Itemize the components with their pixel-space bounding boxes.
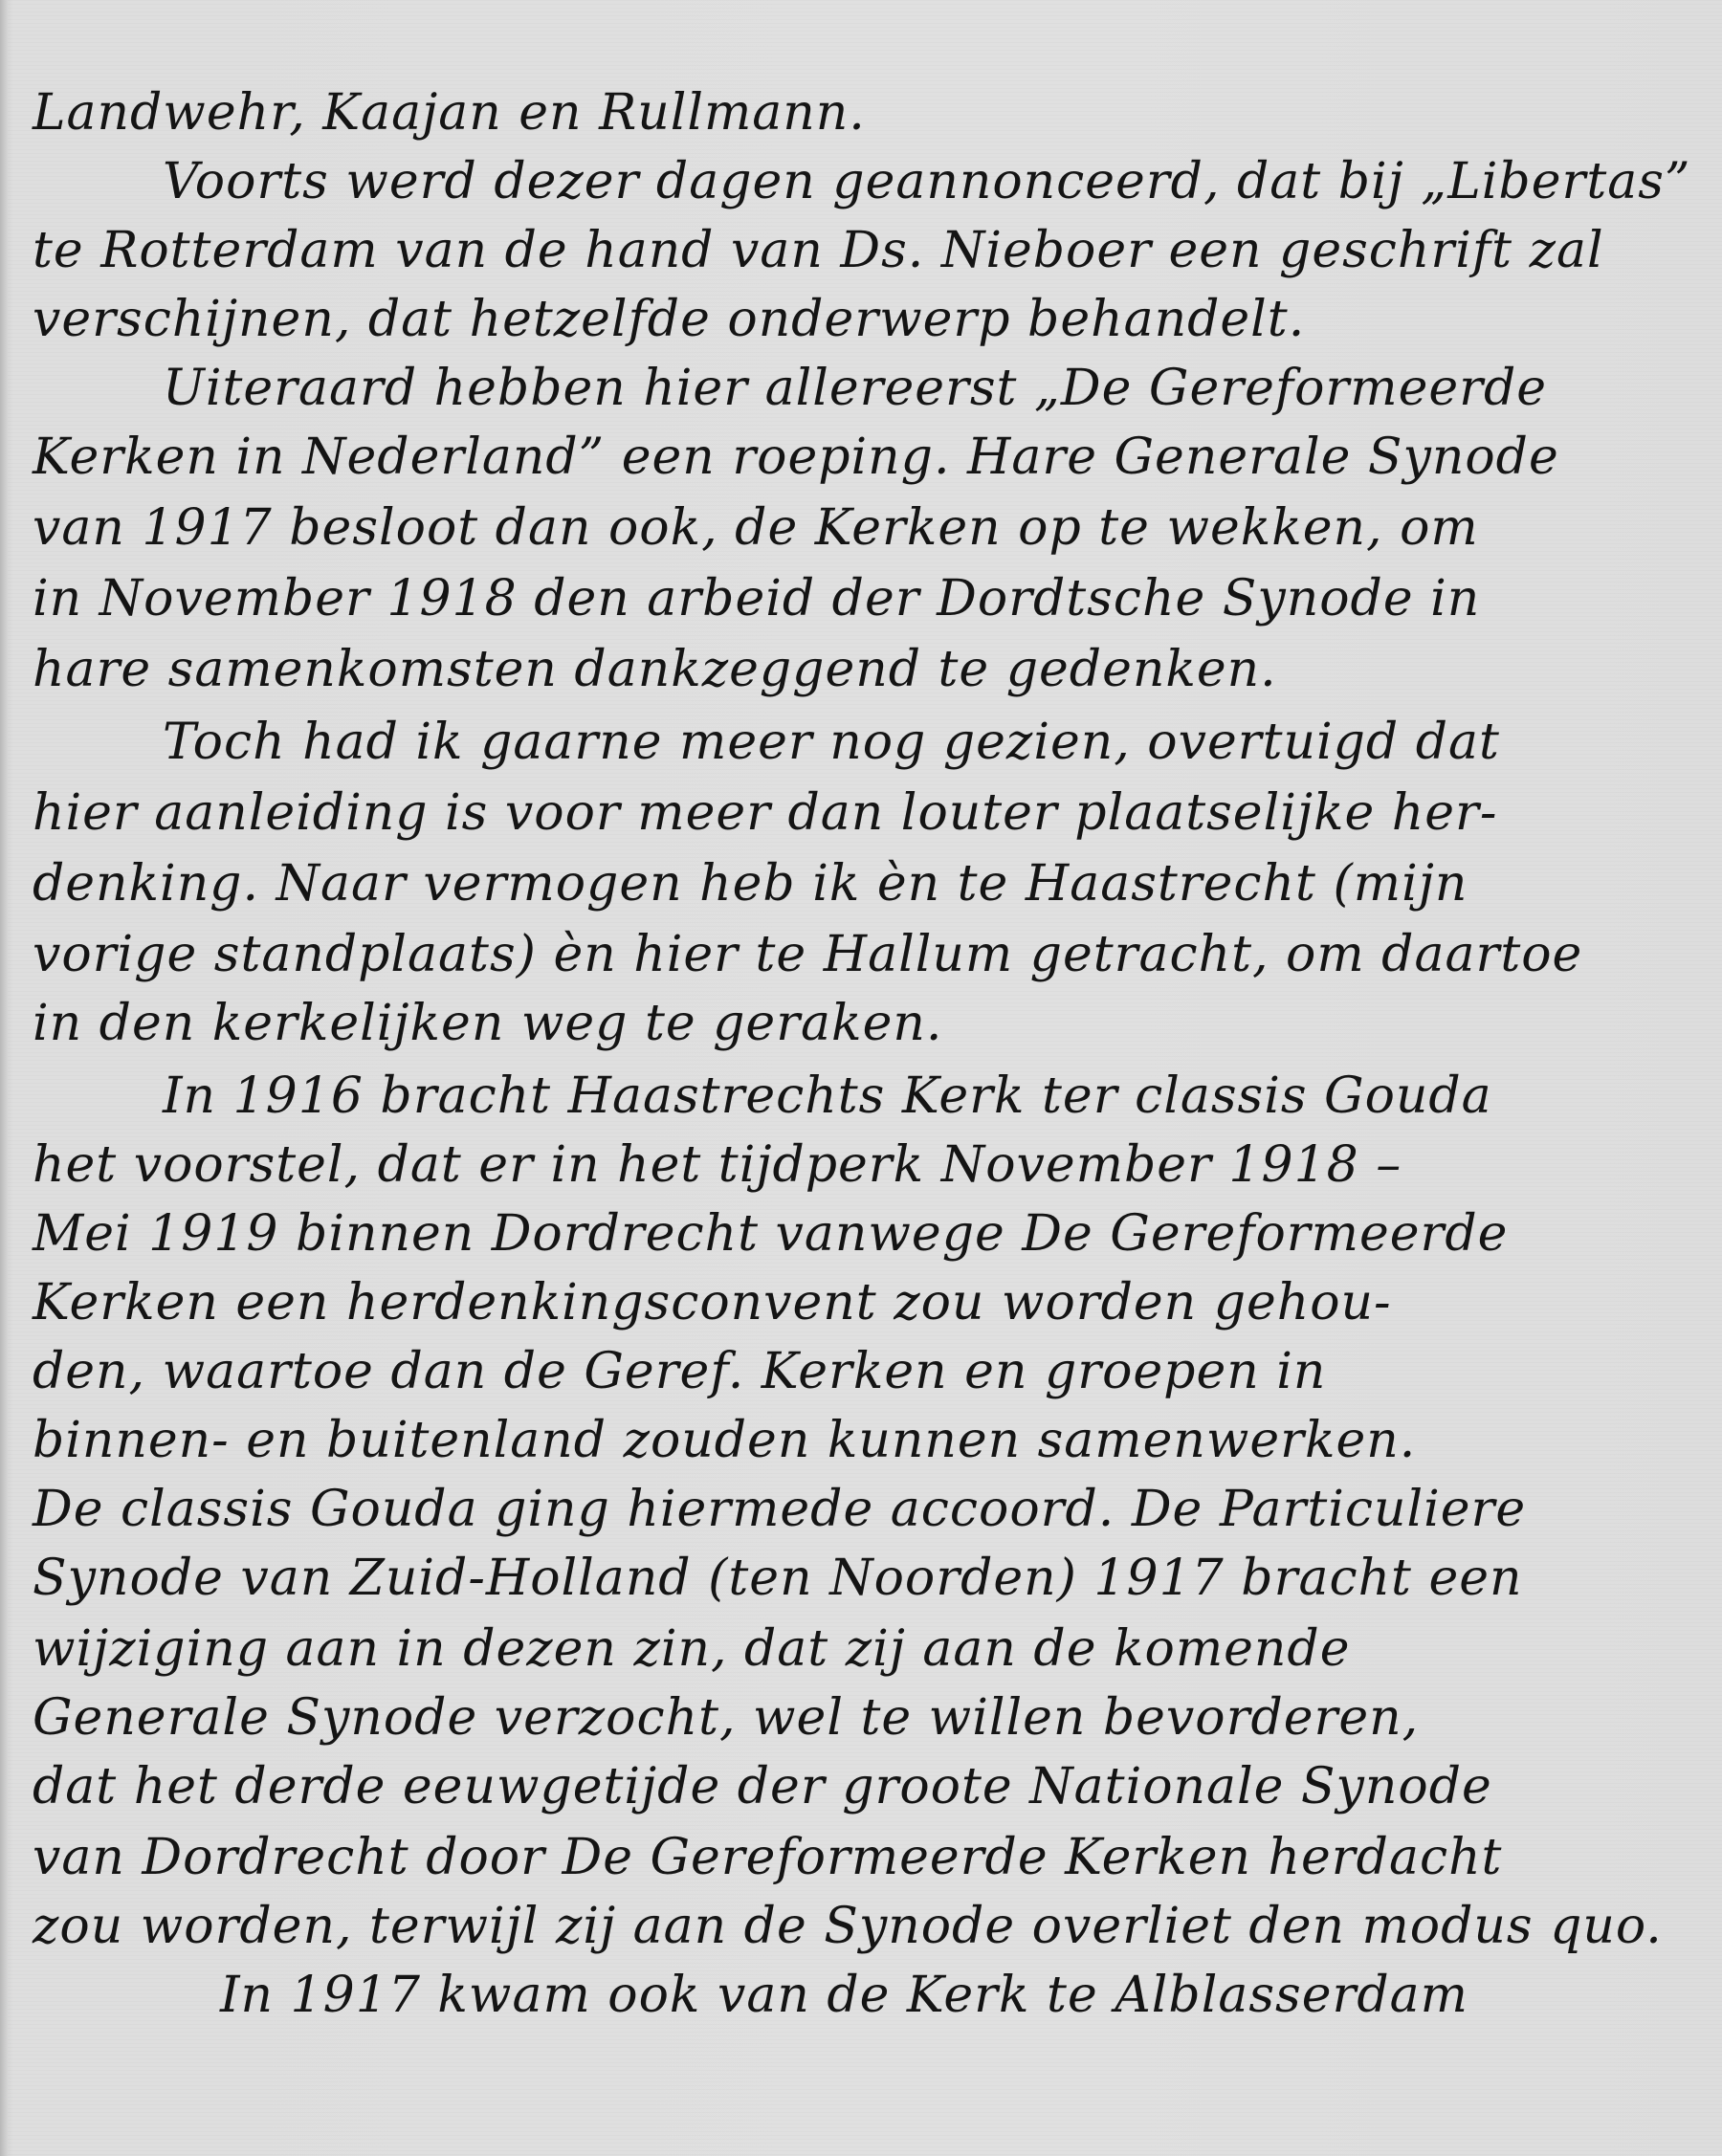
text-line: den, waartoe dan de Geref. Kerken en gro… <box>33 1337 1326 1406</box>
text-line: hare samenkomsten dankzeggend te gedenke… <box>33 635 1277 704</box>
text-line: wijziging aan in dezen zin, dat zij aan … <box>33 1615 1350 1683</box>
text-line: denking. Naar vermogen heb ik èn te Haas… <box>33 849 1468 918</box>
page-left-edge <box>0 0 8 2156</box>
text-line: Generale Synode verzocht, wel te willen … <box>33 1683 1419 1752</box>
text-line: verschijnen, dat hetzelfde onderwerp beh… <box>33 285 1305 354</box>
text-line: dat het derde eeuwgetijde der groote Nat… <box>33 1752 1492 1821</box>
text-line: in den kerkelijken weg te geraken. <box>33 989 942 1058</box>
text-line: Synode van Zuid-Holland (ten Noorden) 19… <box>33 1544 1523 1613</box>
text-line: Mei 1919 binnen Dordrecht vanwege De Ger… <box>33 1199 1508 1268</box>
text-line: binnen- en buitenland zouden kunnen same… <box>33 1406 1416 1475</box>
text-line: Voorts werd dezer dagen geannonceerd, da… <box>163 147 1691 216</box>
text-line: te Rotterdam van de hand van Ds. Nieboer… <box>33 216 1604 285</box>
text-line: hier aanleiding is voor meer dan louter … <box>33 779 1497 847</box>
text-line: De classis Gouda ging hiermede accoord. … <box>33 1475 1526 1544</box>
text-line: In 1917 kwam ook van de Kerk te Alblasse… <box>220 1961 1468 2030</box>
manuscript-page: Landwehr, Kaajan en Rullmann. Voorts wer… <box>0 0 1722 2156</box>
text-line: vorige standplaats) èn hier te Hallum ge… <box>33 920 1582 989</box>
text-line: van Dordrecht door De Gereformeerde Kerk… <box>33 1823 1502 1892</box>
text-line: Kerken een herdenkingsconvent zou worden… <box>33 1268 1392 1337</box>
text-line: Toch had ik gaarne meer nog gezien, over… <box>163 708 1500 777</box>
text-line: van 1917 besloot dan ook, de Kerken op t… <box>33 494 1479 562</box>
text-line: in November 1918 den arbeid der Dordtsch… <box>33 564 1480 633</box>
text-line: Uiteraard hebben hier allereerst „De Ger… <box>163 354 1547 423</box>
text-line: zou worden, terwijl zij aan de Synode ov… <box>33 1892 1663 1961</box>
text-line: het voorstel, dat er in het tijdperk Nov… <box>33 1131 1402 1199</box>
text-line: In 1916 bracht Haastrechts Kerk ter clas… <box>163 1062 1492 1131</box>
text-line: Kerken in Nederland” een roeping. Hare G… <box>33 423 1559 492</box>
text-line: Landwehr, Kaajan en Rullmann. <box>33 78 866 147</box>
